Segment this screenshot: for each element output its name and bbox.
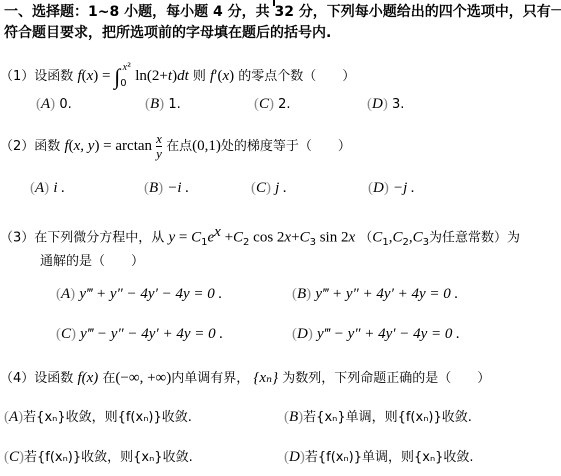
question-4-option-d[interactable]: (D)若{f(xₙ)}单调，则{xₙ}收敛. xyxy=(284,449,474,466)
question-3-option-a[interactable]: (A) y‴ + y″ − 4y′ − 4y = 0 . xyxy=(56,286,222,303)
question-4-option-c[interactable]: (C)若{f(xₙ)}收敛，则{xₙ}收敛. xyxy=(4,449,193,466)
question-1-option-c[interactable]: (C) 2. xyxy=(254,96,291,113)
question-3-option-b[interactable]: (B) y‴ + y″ + 4y′ + 4y = 0 . xyxy=(292,286,458,303)
question-2-option-a[interactable]: (A) i . xyxy=(30,180,65,197)
question-2-stem: （2）函数 f(x, y) = arctan xy 在点(0,1)处的梯度等于（… xyxy=(0,132,351,161)
question-2-option-b[interactable]: (B) −i . xyxy=(144,180,189,197)
question-1-option-b[interactable]: (B) 1. xyxy=(145,96,181,113)
question-1-option-d[interactable]: (D) 3. xyxy=(367,96,404,113)
question-4-stem: （4）设函数 f(x) 在(−∞, +∞)内单调有界， {xₙ} 为数列，下列命… xyxy=(0,370,490,387)
question-4-option-a[interactable]: (A)若{xₙ}收敛，则{f(xₙ)}收敛. xyxy=(4,409,192,426)
question-3-stem-line2: 通解的是（ ） xyxy=(40,254,144,270)
question-1-stem: （1）设函数 f(x) = ∫0x² ln(2+t)dt 则 f′(x) 的零点… xyxy=(0,60,355,92)
question-2-option-c[interactable]: (C) j . xyxy=(251,180,287,197)
section-header-line1: 一、选择题：1~8 小题，每小题 4 分，共 32 分，下列每小题给出的四个选项… xyxy=(4,4,561,20)
question-2-option-d[interactable]: (D) −j . xyxy=(368,180,415,197)
question-3-stem: （3）在下列微分方程中，从 y = C1ex +C2 cos 2x+C3 sin… xyxy=(0,224,520,251)
section-header-line2: 符合题目要求，把所选项前的字母填在题后的括号内. xyxy=(4,25,331,41)
question-4-option-b[interactable]: (B)若{xₙ}单调，则{f(xₙ)}收敛. xyxy=(284,409,472,426)
question-3-option-d[interactable]: (D) y‴ − y″ + 4y′ − 4y = 0 . xyxy=(292,326,460,343)
question-1-option-a[interactable]: (A) 0. xyxy=(36,96,72,113)
question-3-option-c[interactable]: (C) y‴ − y″ − 4y′ + 4y = 0 . xyxy=(56,326,223,343)
